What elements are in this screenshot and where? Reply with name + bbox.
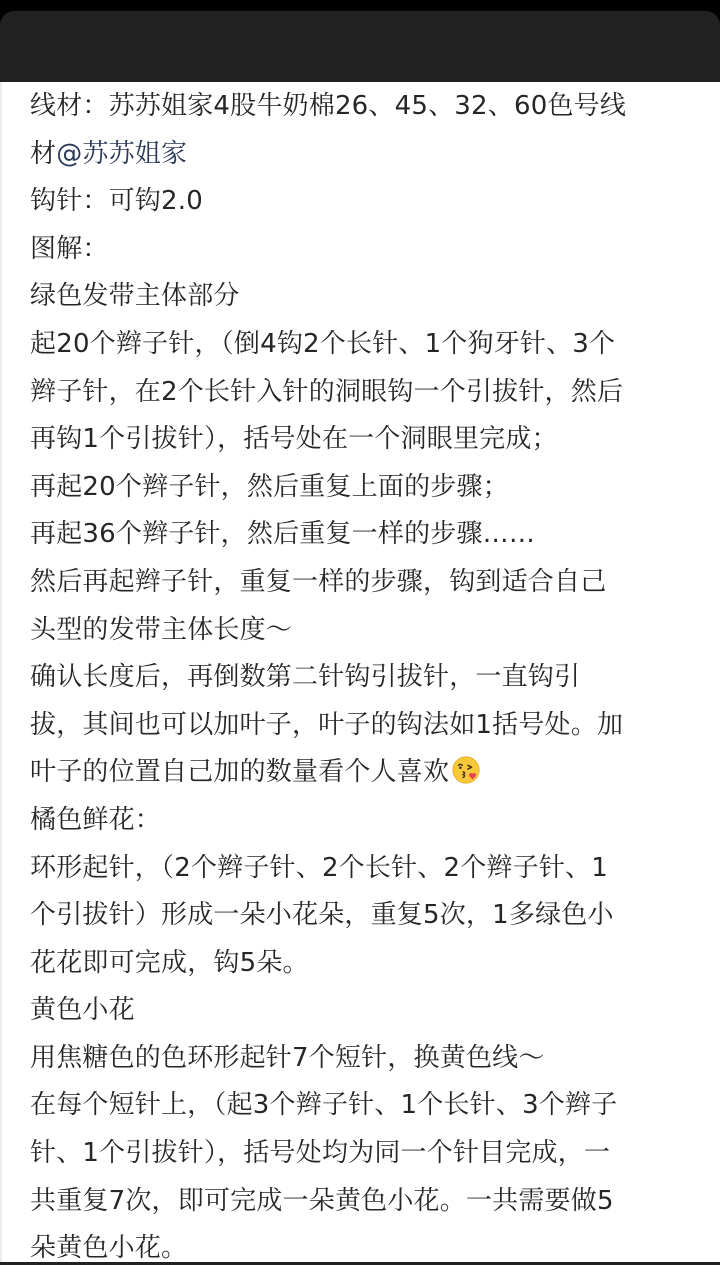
text-fragment: 材: [30, 139, 56, 169]
post-line: 确认长度后，再倒数第二针钩引拔针，一直钩引: [30, 654, 700, 702]
section-heading-orange-flower: 橘色鲜花：: [30, 797, 700, 845]
post-line: 针、1个引拔针），括号处均为同一个针目完成，一: [30, 1130, 700, 1178]
top-panel: [0, 11, 720, 82]
post-line: 起20个辫子针，（倒4钩2个长针、1个狗牙针、3个: [30, 321, 700, 369]
post-content: 线材：苏苏姐家4股牛奶棉26、45、32、60色号线 材@苏苏姐家 钩针：可钩2…: [0, 82, 720, 1262]
post-line-yarn: 线材：苏苏姐家4股牛奶棉26、45、32、60色号线: [30, 83, 700, 131]
post-line: 拔，其间也可以加叶子，叶子的钩法如1括号处。加: [30, 702, 700, 750]
post-line: 头型的发带主体长度～: [30, 607, 700, 655]
post-line: 共重复7次，即可完成一朵黄色小花。一共需要做5: [30, 1178, 700, 1226]
post-line: 再钩1个引拔针），括号处在一个洞眼里完成；: [30, 416, 700, 464]
text-fragment: 叶子的位置自己加的数量看个人喜欢: [30, 757, 449, 787]
post-line-hook: 钩针：可钩2.0: [30, 178, 700, 226]
post-line: 花花即可完成，钩5朵。: [30, 940, 700, 988]
post-line: 辫子针，在2个长针入针的洞眼钩一个引拔针，然后: [30, 369, 700, 417]
section-heading-green-band: 绿色发带主体部分: [30, 273, 700, 321]
post-line: 环形起针，（2个辫子针、2个长针、2个辫子针、1: [30, 845, 700, 893]
post-line: 然后再起辫子针，重复一样的步骤，钩到适合自己: [30, 559, 700, 607]
post-line-yarn-cont: 材@苏苏姐家: [30, 131, 700, 179]
post-line: 用焦糖色的色环形起针7个短针，换黄色线～: [30, 1035, 700, 1083]
section-heading-yellow-flower: 黄色小花: [30, 987, 700, 1035]
post-line: 再起20个辫子针，然后重复上面的步骤；: [30, 464, 700, 512]
user-mention-link[interactable]: @苏苏姐家: [56, 139, 187, 169]
post-line-with-emoji: 叶子的位置自己加的数量看个人喜欢: [30, 749, 700, 797]
post-line: 再起36个辫子针，然后重复一样的步骤……: [30, 511, 700, 559]
post-line: 个引拔针）形成一朵小花朵，重复5次，1多绿色小: [30, 892, 700, 940]
screen: 线材：苏苏姐家4股牛奶棉26、45、32、60色号线 材@苏苏姐家 钩针：可钩2…: [0, 0, 720, 1265]
post-line-diagram-label: 图解：: [30, 226, 700, 274]
post-line: 朵黄色小花。: [30, 1225, 700, 1265]
post-line: 在每个短针上，（起3个辫子针、1个长针、3个辫子: [30, 1082, 700, 1130]
post-body: 线材：苏苏姐家4股牛奶棉26、45、32、60色号线 材@苏苏姐家 钩针：可钩2…: [30, 83, 700, 1265]
kiss-face-emoji-icon: [451, 755, 481, 785]
